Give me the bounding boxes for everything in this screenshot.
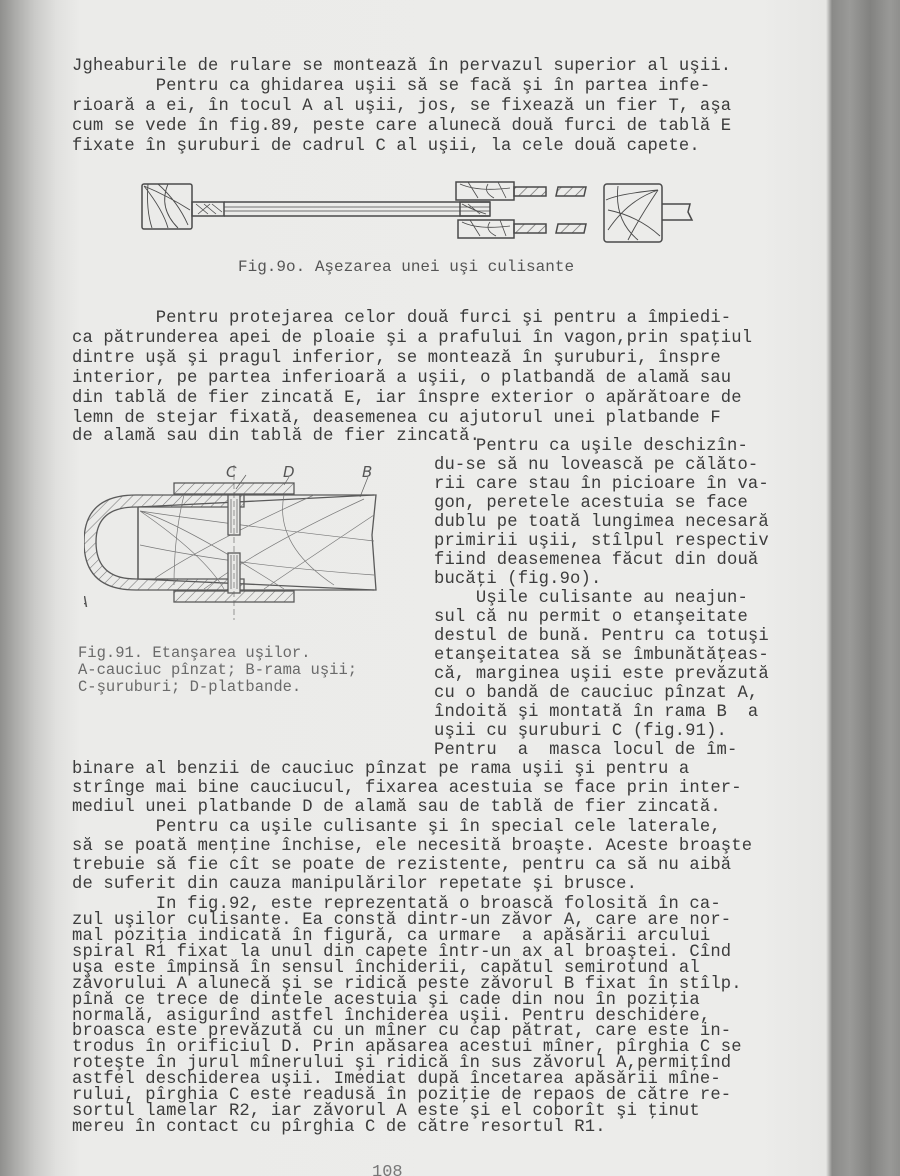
text-line: din tablă de fier zincată E, iar înspre … bbox=[72, 389, 742, 409]
text-line: rii care stau în picioare în va- bbox=[434, 475, 769, 495]
text-line: fixate în şuruburi de cadrul C al uşii, … bbox=[72, 137, 700, 157]
page-number: 108 bbox=[372, 1163, 403, 1176]
text-line: Jgheaburile de rulare se montează în per… bbox=[72, 57, 731, 77]
text-line: binare al benzii de cauciuc pînzat pe ra… bbox=[72, 760, 689, 780]
label-b: B bbox=[362, 463, 372, 481]
text-line: îndoită şi montată în rama B a bbox=[434, 703, 758, 723]
text-line: dintre uşă şi pragul inferior, se montea… bbox=[72, 349, 721, 369]
caption-line: Fig.91. Etanşarea uşilor. bbox=[78, 645, 311, 662]
text-line: lemn de stejar fixată, deasemenea cu aju… bbox=[72, 409, 721, 429]
text-line: Pentru ca uşile deschizîn- bbox=[434, 437, 748, 457]
text-line: Uşile culisante au neajun- bbox=[434, 589, 748, 609]
text-line: interior, pe partea inferioară a uşii, o… bbox=[72, 369, 731, 389]
text-line: uşii cu şuruburi C (fig.91). bbox=[434, 722, 727, 742]
text-line: rioară a ei, în tocul A al uşii, jos, se… bbox=[72, 97, 731, 117]
caption-line: C-şuruburi; D-platbande. bbox=[78, 679, 301, 696]
figure-90-drawing bbox=[138, 180, 698, 248]
label-a: A bbox=[84, 593, 88, 611]
text-line: de alamă sau din tablă de fier zincată. bbox=[72, 427, 480, 447]
text-line: strînge mai bine cauciucul, fixarea aces… bbox=[72, 779, 742, 799]
label-c: C bbox=[226, 463, 237, 481]
text-line: ca pătrunderea apei de ploaie şi a prafu… bbox=[72, 329, 752, 349]
text-line: dublu pe toată lungimea necesară bbox=[434, 513, 769, 533]
text-line: bucăţi (fig.9o). bbox=[434, 570, 601, 590]
label-d: D bbox=[283, 463, 295, 481]
scanned-page: Jgheaburile de rulare se montează în per… bbox=[0, 0, 900, 1176]
text-line: Pentru ca ghidarea uşii să se facă şi în… bbox=[72, 77, 710, 97]
text-line: sul că nu permit o etanşeitate bbox=[434, 608, 748, 628]
text-line: de suferit din cauza manipulărilor repet… bbox=[72, 875, 637, 895]
text-line: cum se vede în fig.89, peste care alunec… bbox=[72, 117, 731, 137]
text-line: gon, peretele acestuia se face bbox=[434, 494, 748, 514]
text-line-last: mereu în contact cu pîrghia C de către r… bbox=[72, 1118, 606, 1138]
text-line: primirii uşii, stîlpul respectiv bbox=[434, 532, 769, 552]
text-line: Pentru protejarea celor două furci şi pe… bbox=[72, 309, 731, 329]
text-line: Pentru a masca locul de îm- bbox=[434, 741, 737, 761]
figure-91-drawing: C D B A bbox=[84, 455, 404, 625]
text-line: etanşeitatea să se îmbunătăţeas- bbox=[434, 646, 769, 666]
caption-line: A-cauciuc pînzat; B-rama uşii; bbox=[78, 662, 357, 679]
text-line: Pentru ca uşile culisante şi în special … bbox=[72, 818, 721, 838]
text-line: fiind deasemenea făcut din două bbox=[434, 551, 758, 571]
text-line: mediul unei platbande D de alamă sau de … bbox=[72, 798, 721, 818]
text-line: trebuie să fie cît se poate de rezistent… bbox=[72, 856, 731, 876]
text-line: că, marginea uşii este prevăzută bbox=[434, 665, 769, 685]
text-line: să se poată menţine închise, ele necesit… bbox=[72, 837, 752, 857]
figure-90-caption: Fig.9o. Aşezarea unei uşi culisante bbox=[238, 258, 574, 276]
text-line: cu o bandă de cauciuc pînzat A, bbox=[434, 684, 758, 704]
text-line: du-se să nu lovească pe călăto- bbox=[434, 456, 758, 476]
text-line: destul de bună. Pentru ca totuşi bbox=[434, 627, 769, 647]
